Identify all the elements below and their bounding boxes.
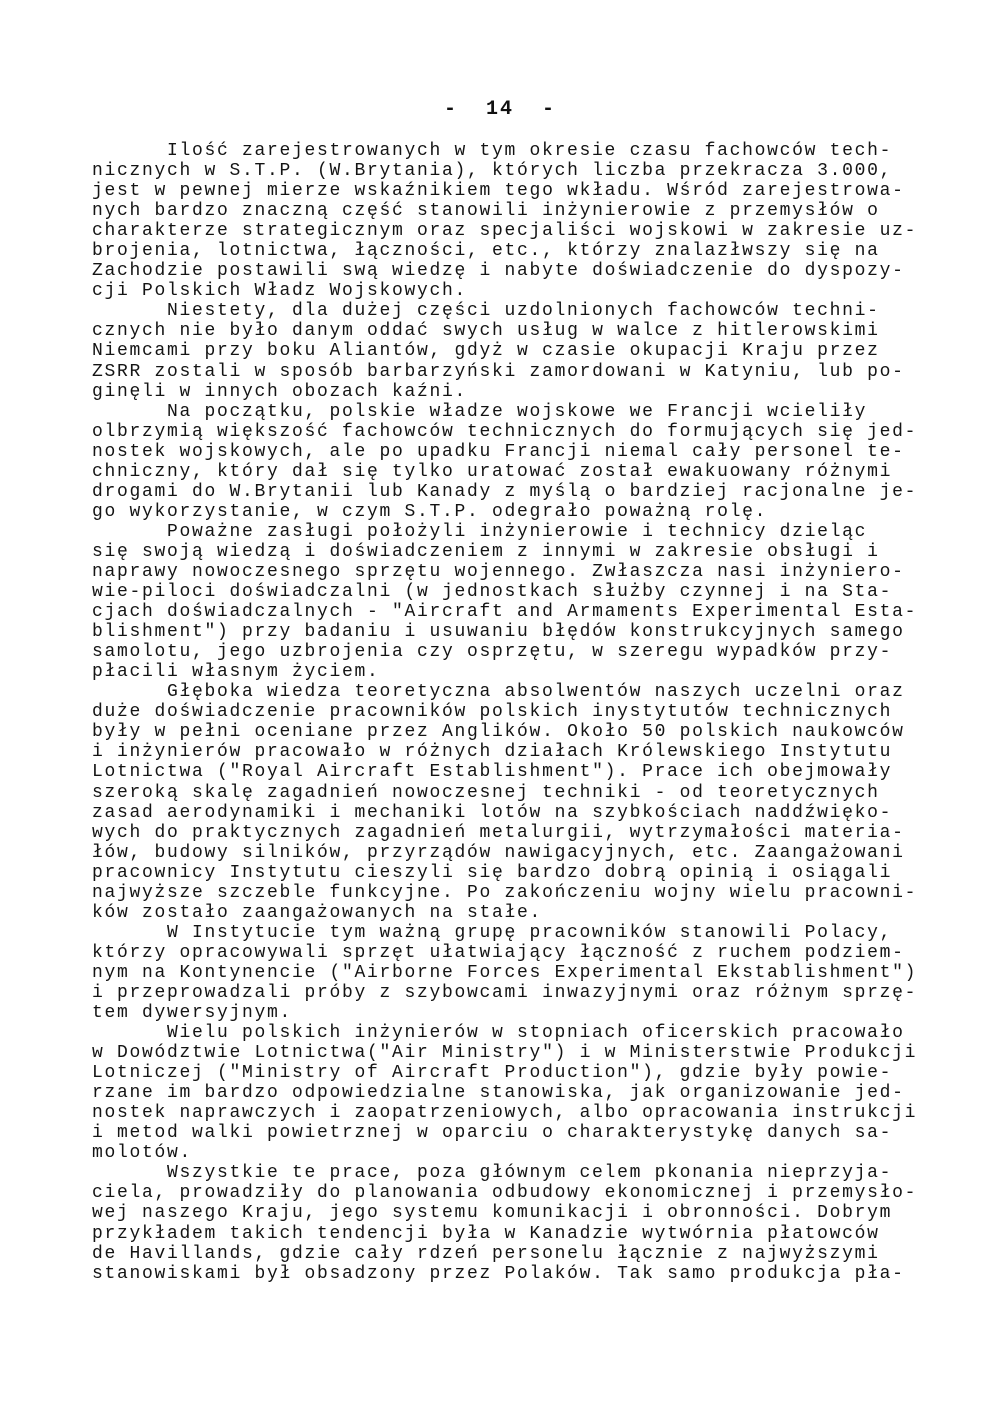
text-line: nym na Kontynencie ("Airborne Forces Exp…: [92, 963, 922, 983]
text-line: tem dywersyjnym.: [92, 1003, 922, 1023]
paragraph: W Instytucie tym ważną grupę pracowników…: [92, 923, 922, 1023]
text-line: ZSRR zostali w sposób barbarzyński zamor…: [92, 362, 922, 382]
text-line: ciela, prowadziły do planowania odbudowy…: [92, 1183, 922, 1203]
text-line: charakterze strategicznym oraz specjaliś…: [92, 221, 922, 241]
text-line: olbrzymią większość fachowców techniczny…: [92, 422, 922, 442]
text-line: i przeprowadzali próby z szybowcami inwa…: [92, 983, 922, 1003]
text-line: blishment") przy badaniu i usuwaniu błęd…: [92, 622, 922, 642]
text-line: były w pełni oceniane przez Anglików. Ok…: [92, 722, 922, 742]
text-line: przykładem takich tendencji była w Kanad…: [92, 1224, 922, 1244]
text-line: go wykorzystanie, w czym S.T.P. odegrało…: [92, 502, 922, 522]
paragraph: Wielu polskich inżynierów w stopniach of…: [92, 1023, 922, 1163]
text-line: nych bardzo znaczną część stanowili inży…: [92, 201, 922, 221]
text-line: cznych nie było danym oddać swych usług …: [92, 321, 922, 341]
text-line: brojenia, lotnictwa, łączności, etc., kt…: [92, 241, 922, 261]
document-body: Ilość zarejestrowanych w tym okresie cza…: [92, 141, 922, 1284]
text-line: molotów.: [92, 1143, 922, 1163]
text-line: i metod walki powietrznej w oparciu o ch…: [92, 1123, 922, 1143]
text-line: jest w pewnej mierze wskaźnikiem tego wk…: [92, 181, 922, 201]
paragraph-first-line: W Instytucie tym ważną grupę pracowników…: [92, 923, 922, 943]
paragraph-first-line: Ilość zarejestrowanych w tym okresie cza…: [92, 141, 922, 161]
text-line: w Dowództwie Lotnictwa("Air Ministry") i…: [92, 1043, 922, 1063]
text-line: de Havillands, gdzie cały rdzeń personel…: [92, 1244, 922, 1264]
text-line: łów, budowy silników, przyrządów nawigac…: [92, 843, 922, 863]
text-line: drogami do W.Brytanii lub Kanady z myślą…: [92, 482, 922, 502]
text-line: ginęli w innych obozach kaźni.: [92, 382, 922, 402]
text-line: najwyższe szczeble funkcyjne. Po zakończ…: [92, 883, 922, 903]
paragraph-first-line: Na początku, polskie władze wojskowe we …: [92, 402, 922, 422]
text-line: Lotnictwa ("Royal Aircraft Establishment…: [92, 762, 922, 782]
text-line: nostek wojskowych, ale po upadku Francji…: [92, 442, 922, 462]
paragraph: Wszystkie te prace, poza głównym celem p…: [92, 1163, 922, 1283]
paragraph-first-line: Poważne zasługi położyli inżynierowie i …: [92, 522, 922, 542]
paragraph: Ilość zarejestrowanych w tym okresie cza…: [92, 141, 922, 301]
text-line: nicznych w S.T.P. (W.Brytania), których …: [92, 161, 922, 181]
paragraph: Poważne zasługi położyli inżynierowie i …: [92, 522, 922, 682]
text-line: nostek naprawczych i zaopatrzeniowych, a…: [92, 1103, 922, 1123]
text-line: Niemcami przy boku Aliantów, gdyż w czas…: [92, 341, 922, 361]
text-line: wie-piloci doświadczalni (w jednostkach …: [92, 582, 922, 602]
text-line: szeroką skalę zagadnień nowoczesnej tech…: [92, 783, 922, 803]
text-line: i inżynierów pracowało w różnych działac…: [92, 742, 922, 762]
text-line: ków zostało zaangażowanych na stałe.: [92, 903, 922, 923]
text-line: się swoją wiedzą i doświadczeniem z inny…: [92, 542, 922, 562]
document-page: - 14 - Ilość zarejestrowanych w tym okre…: [0, 0, 1000, 1420]
text-line: chniczny, który dał się tylko uratować z…: [92, 462, 922, 482]
page-number: - 14 -: [0, 98, 1000, 121]
text-line: rzane im bardzo odpowiedzialne stanowisk…: [92, 1083, 922, 1103]
text-line: samolotu, jego uzbrojenia czy osprzętu, …: [92, 642, 922, 662]
paragraph: Głęboka wiedza teoretyczna absolwentów n…: [92, 682, 922, 923]
text-line: pracownicy Instytutu cieszyli się bardzo…: [92, 863, 922, 883]
text-line: zasad aerodynamiki i mechaniki lotów na …: [92, 803, 922, 823]
text-line: Zachodzie postawili swą wiedzę i nabyte …: [92, 261, 922, 281]
text-line: duże doświadczenie pracowników polskich …: [92, 702, 922, 722]
paragraph: Na początku, polskie władze wojskowe we …: [92, 402, 922, 522]
paragraph-first-line: Wszystkie te prace, poza głównym celem p…: [92, 1163, 922, 1183]
text-line: cjach doświadczalnych - "Aircraft and Ar…: [92, 602, 922, 622]
text-line: wych do praktycznych zagadnień metalurgi…: [92, 823, 922, 843]
text-line: płacili własnym życiem.: [92, 662, 922, 682]
text-line: naprawy nowoczesnego sprzętu wojennego. …: [92, 562, 922, 582]
text-line: stanowiskami był obsadzony przez Polaków…: [92, 1264, 922, 1284]
text-line: wej naszego Kraju, jego systemu komunika…: [92, 1203, 922, 1223]
text-line: Lotniczej ("Ministry of Aircraft Product…: [92, 1063, 922, 1083]
paragraph-first-line: Niestety, dla dużej części uzdolnionych …: [92, 301, 922, 321]
text-line: cji Polskich Władz Wojskowych.: [92, 281, 922, 301]
paragraph-first-line: Wielu polskich inżynierów w stopniach of…: [92, 1023, 922, 1043]
text-line: którzy opracowywali sprzęt ułatwiający ł…: [92, 943, 922, 963]
paragraph-first-line: Głęboka wiedza teoretyczna absolwentów n…: [92, 682, 922, 702]
paragraph: Niestety, dla dużej części uzdolnionych …: [92, 301, 922, 401]
